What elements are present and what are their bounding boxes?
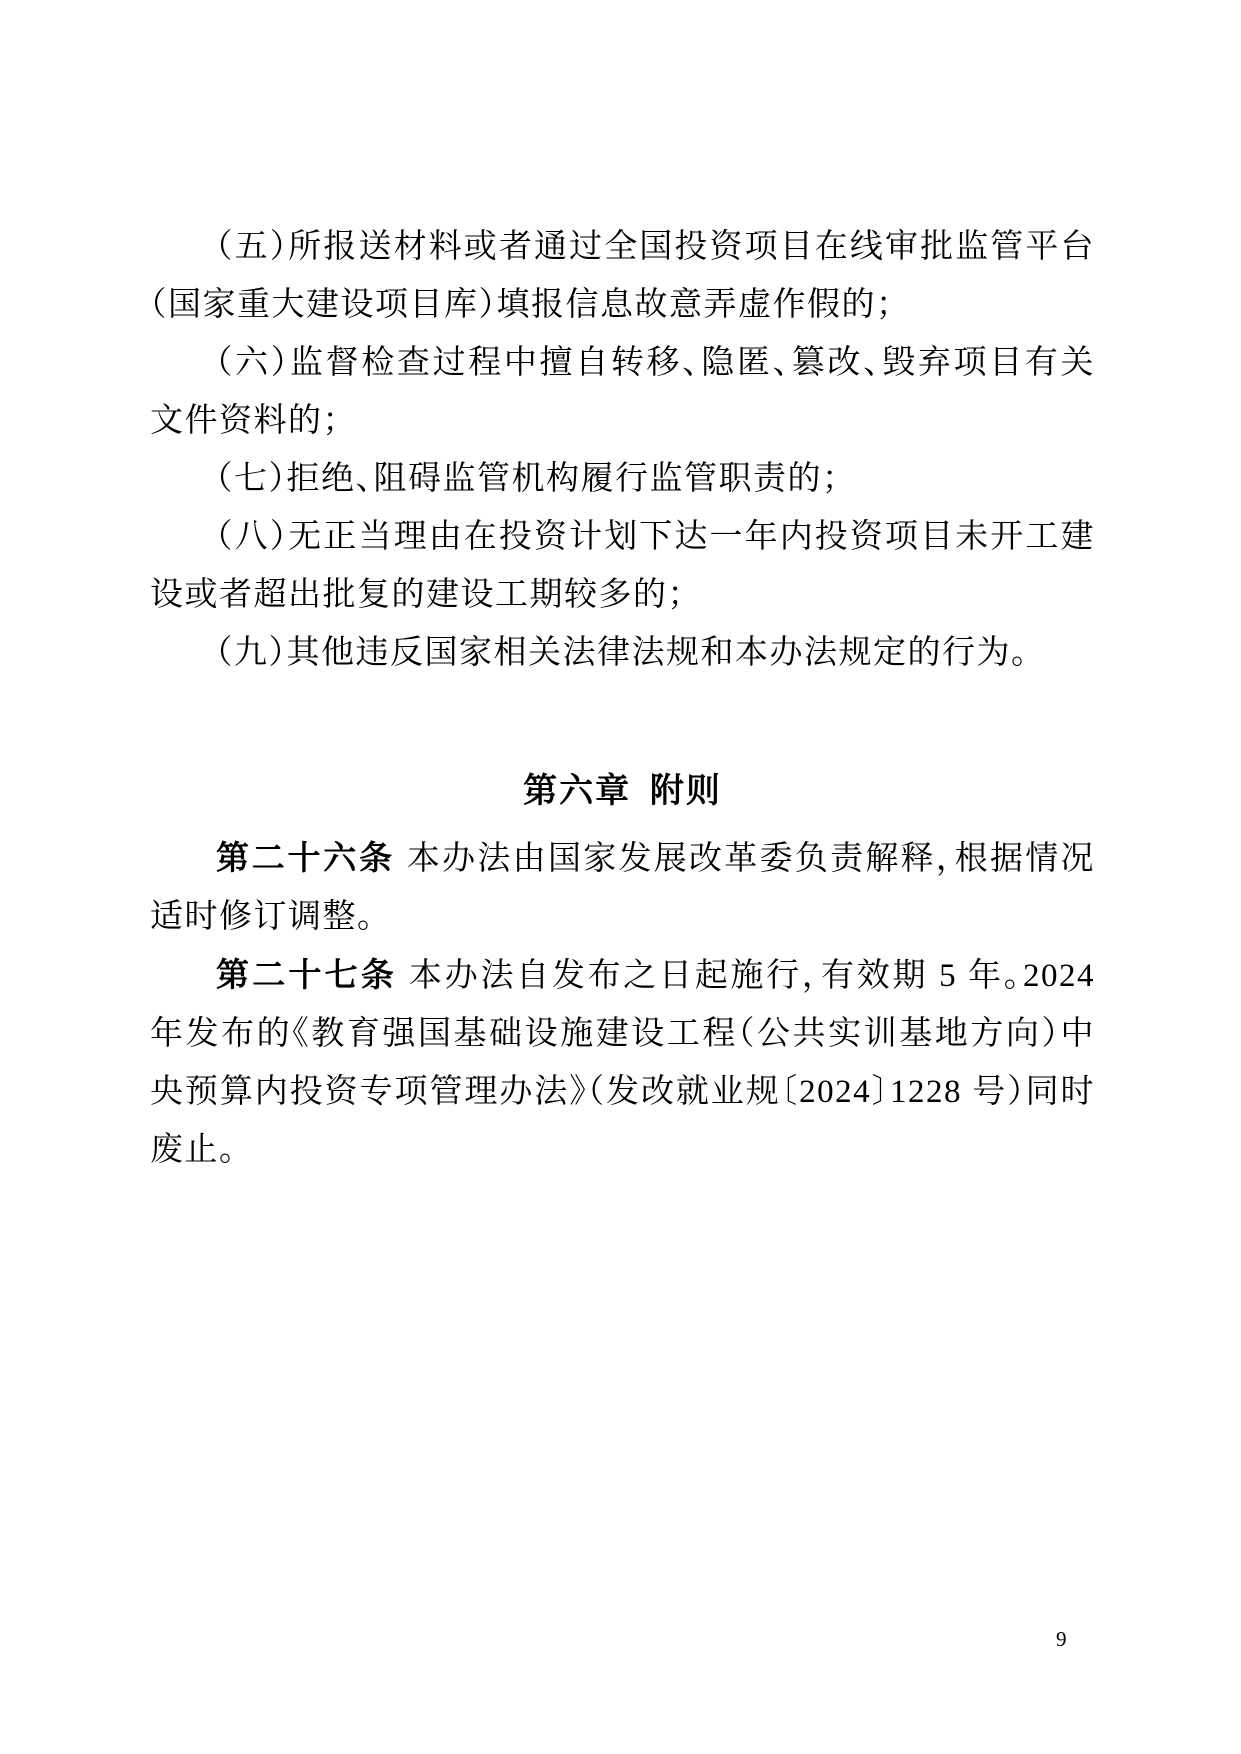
clause-item-6: （六）监督检查过程中擅自转移、隐匿、篡改、毁弃项目有关文件资料的； bbox=[150, 334, 1095, 450]
article-27-number: 第二十七条 bbox=[216, 956, 397, 993]
article-26-paragraph: 第二十六条本办法由国家发展改革委负责解释，根据情况适时修订调整。 bbox=[150, 829, 1095, 946]
clause-item-5: （五）所报送材料或者通过全国投资项目在线审批监管平台（国家重大建设项目库）填报信… bbox=[150, 218, 1095, 334]
chapter-heading: 第六章附则 bbox=[150, 762, 1095, 820]
document-page: （五）所报送材料或者通过全国投资项目在线审批监管平台（国家重大建设项目库）填报信… bbox=[0, 0, 1241, 1754]
page-number: 9 bbox=[1056, 1624, 1067, 1654]
clause-item-7: （七）拒绝、阻碍监管机构履行监管职责的； bbox=[150, 450, 1095, 508]
clause-item-8: （八）无正当理由在投资计划下达一年内投资项目未开工建设或者超出批复的建设工期较多… bbox=[150, 508, 1095, 624]
clause-item-9: （九）其他违反国家相关法律法规和本办法规定的行为。 bbox=[150, 624, 1095, 682]
chapter-number: 第六章 bbox=[523, 772, 631, 810]
page-content: （五）所报送材料或者通过全国投资项目在线审批监管平台（国家重大建设项目库）填报信… bbox=[150, 218, 1095, 1179]
article-26-number: 第二十六条 bbox=[216, 839, 395, 876]
article-27-paragraph: 第二十七条本办法自发布之日起施行，有效期 5 年。2024 年发布的《教育强国基… bbox=[150, 946, 1095, 1179]
chapter-name: 附则 bbox=[650, 772, 722, 810]
